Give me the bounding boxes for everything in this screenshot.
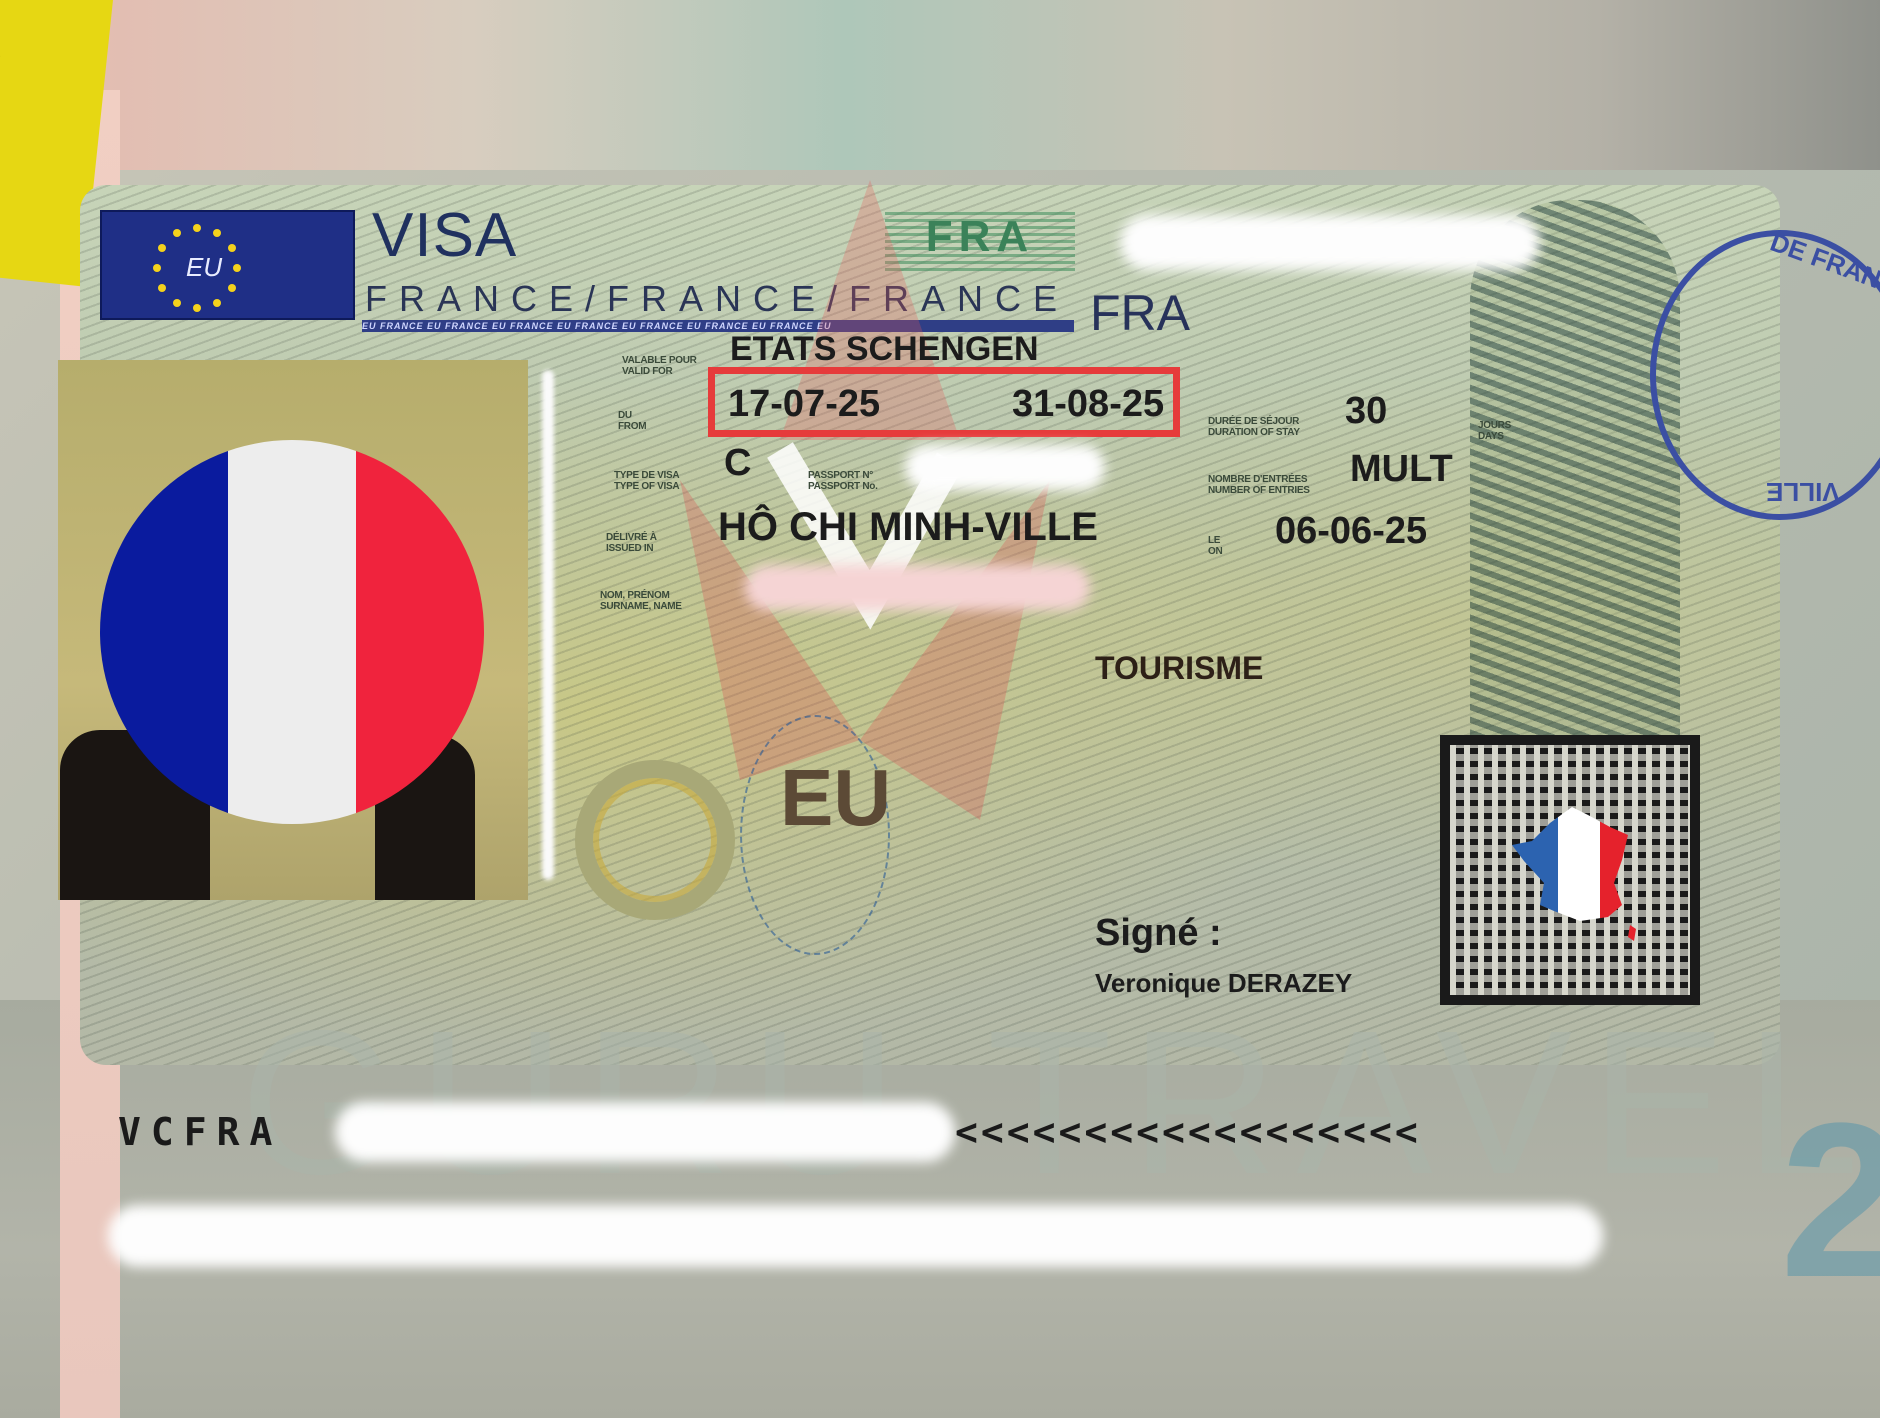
fra-emblem: FRA [885, 212, 1075, 272]
next-page-marking: 2 [1780, 1100, 1880, 1330]
value-remarks: TOURISME [1095, 650, 1263, 687]
eu-flag: EU [100, 210, 355, 320]
hologram-eu-letters: EU [780, 760, 850, 836]
validity-dates-highlight [708, 367, 1180, 437]
mrz-line-1-filler: <<<<<<<<<<<<<<<<<< [955, 1110, 1421, 1154]
label-visa-type: TYPE DE VISATYPE OF VISA [614, 470, 679, 492]
eu-label: EU [186, 252, 222, 283]
stamp-text-top: DE FRANCE À [1766, 227, 1880, 317]
value-duration: 30 [1345, 390, 1387, 433]
redacted-mrz-line-1 [335, 1102, 955, 1162]
redacted-mrz-line-2 [108, 1205, 1603, 1267]
hologram-seal [575, 760, 735, 920]
country-code: FRA [1090, 284, 1190, 342]
issuing-country-line: FRANCE/FRANCE/FRANCE [365, 278, 1069, 320]
value-issued-on: 06-06-25 [1275, 510, 1427, 553]
label-name: NOM, PRÉNOMSURNAME, NAME [600, 590, 682, 612]
label-from: DUFROM [618, 410, 646, 432]
value-visa-type: C [724, 442, 751, 485]
france-flag-face-cover [100, 440, 484, 824]
value-valid-for: ETATS SCHENGEN [730, 330, 1039, 369]
mrz-line-1-start: VCFRA [118, 1110, 282, 1154]
redacted-vertical-strip [542, 370, 554, 880]
label-issued-on: LEON [1208, 535, 1222, 557]
redacted-holder-name [745, 565, 1090, 610]
redacted-visa-number [1120, 215, 1540, 270]
label-duration: DURÉE DE SÉJOURDURATION OF STAY [1208, 416, 1300, 438]
redacted-passport-number [905, 445, 1105, 490]
label-issued-in: DÉLIVRÉ ÀISSUED IN [606, 532, 657, 554]
passport-page-background: entrée DE FRANCE À VILLE EU VISA FRANCE/… [0, 0, 1880, 1418]
visa-title: VISA [372, 200, 517, 271]
stamp-text-bottom: VILLE [1766, 476, 1840, 507]
flag-white-stripe [228, 440, 356, 824]
value-entries: MULT [1350, 448, 1453, 491]
signature-label: Signé : [1095, 912, 1222, 955]
upper-passport-page [0, 0, 1880, 170]
france-map-flag-icon [1510, 805, 1640, 945]
label-entries: NOMBRE D'ENTRÉESNUMBER OF ENTRIES [1208, 474, 1310, 496]
value-issued-in: HÔ CHI MINH-VILLE [718, 505, 1098, 550]
label-valid-for: VALABLE POURVALID FOR [622, 355, 697, 377]
label-passport: PASSPORT N°PASSPORT No. [808, 470, 878, 492]
entry-slip-text: entrée [0, 0, 11, 88]
label-duration-unit: JOURSDAYS [1478, 420, 1511, 442]
